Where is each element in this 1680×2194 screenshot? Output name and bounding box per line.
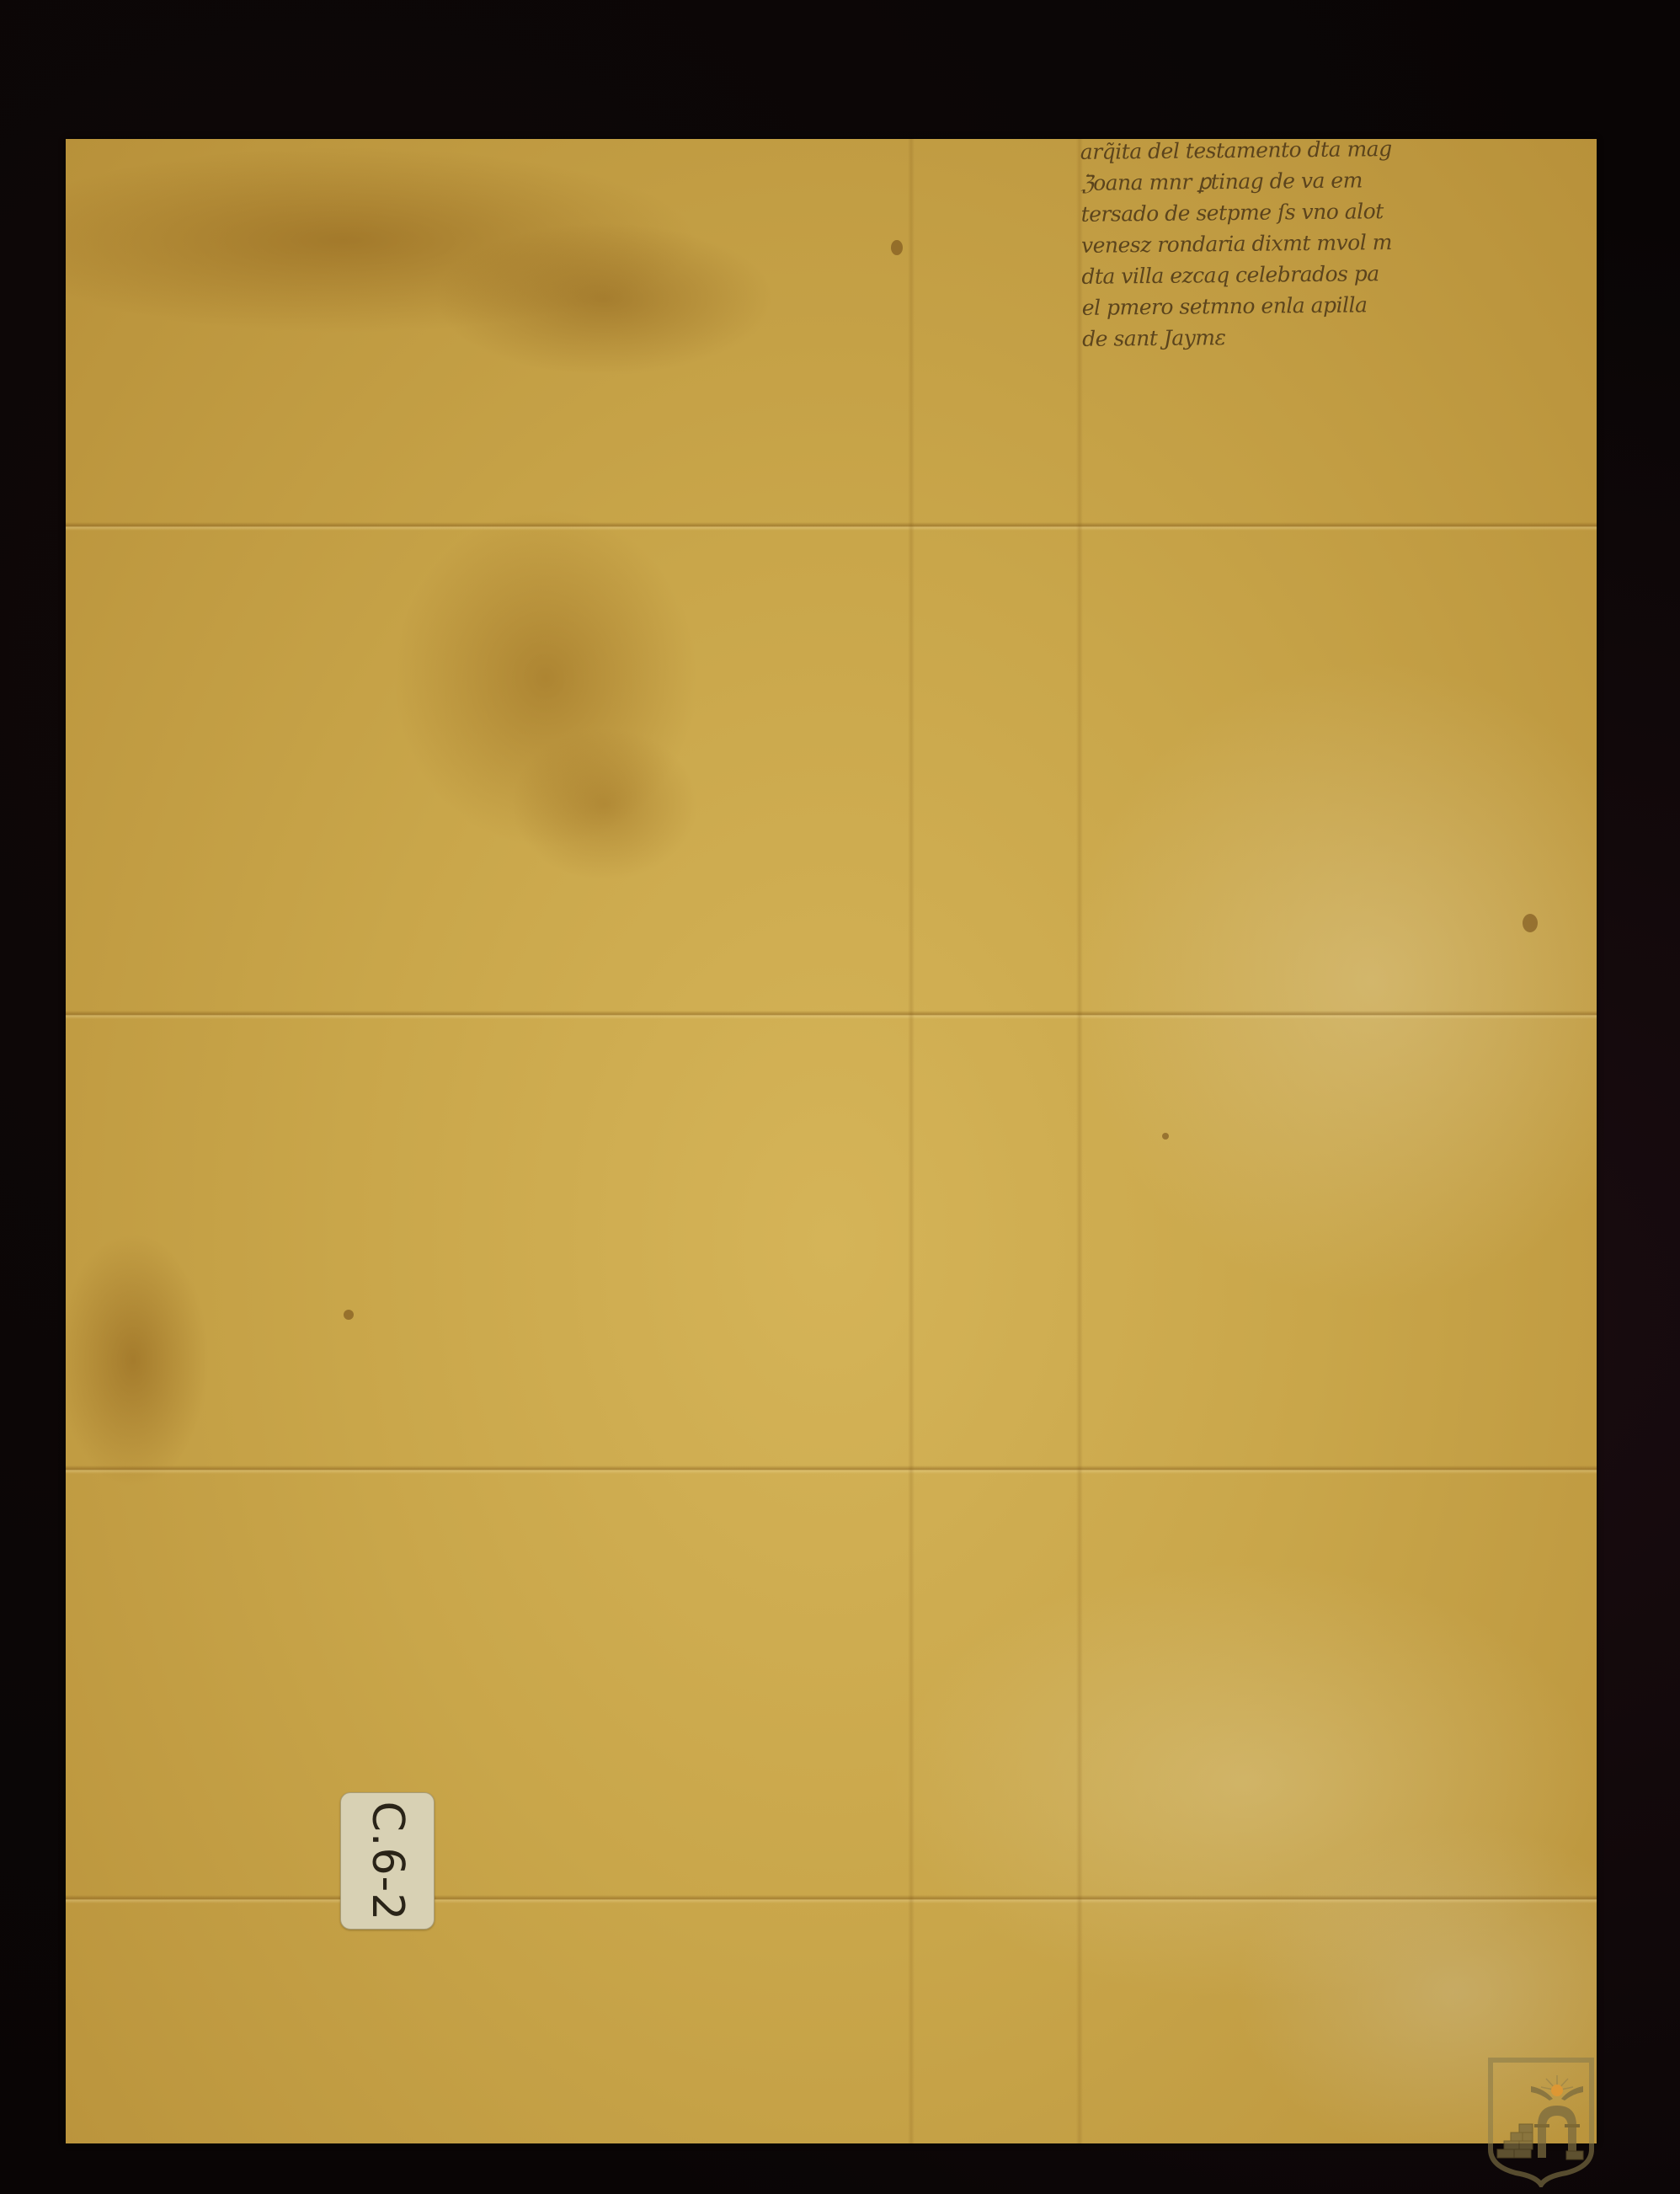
coat-of-arms-watermark-icon bbox=[1485, 2057, 1597, 2187]
parchment-sheet: C.6-2 bbox=[66, 139, 1597, 2143]
ink-fleck bbox=[1523, 914, 1538, 932]
ink-fleck bbox=[1162, 1133, 1169, 1140]
handwritten-annotation: arq̃ita del testamento dta mag ℨoana mnr… bbox=[1080, 133, 1386, 355]
annotation-line: ℨoana mnr ꝑtinag de va em bbox=[1080, 164, 1384, 199]
annotation-line: arq̃ita del testamento dta mag bbox=[1080, 133, 1384, 168]
ink-fleck bbox=[344, 1310, 354, 1320]
annotation-line: el pmero setmno enla apilla bbox=[1082, 289, 1385, 323]
annotation-line: de sant Jaymε bbox=[1082, 320, 1385, 355]
ink-fleck bbox=[891, 240, 903, 255]
fold-line bbox=[66, 1011, 1597, 1019]
archive-label: C.6-2 bbox=[340, 1792, 435, 1930]
crease-line bbox=[908, 139, 915, 2143]
annotation-line: tersado de setpme ſs vno alot bbox=[1080, 195, 1384, 230]
fold-line bbox=[66, 1465, 1597, 1474]
fold-line bbox=[66, 1895, 1597, 1903]
annotation-line: dta villa ezcaq celebrados pa bbox=[1081, 258, 1384, 292]
fold-line bbox=[66, 522, 1597, 531]
annotation-line: venesz rondaria dixmt mvol m bbox=[1081, 227, 1384, 261]
archive-label-text: C.6-2 bbox=[362, 1801, 413, 1921]
crease-line bbox=[1076, 139, 1083, 2143]
